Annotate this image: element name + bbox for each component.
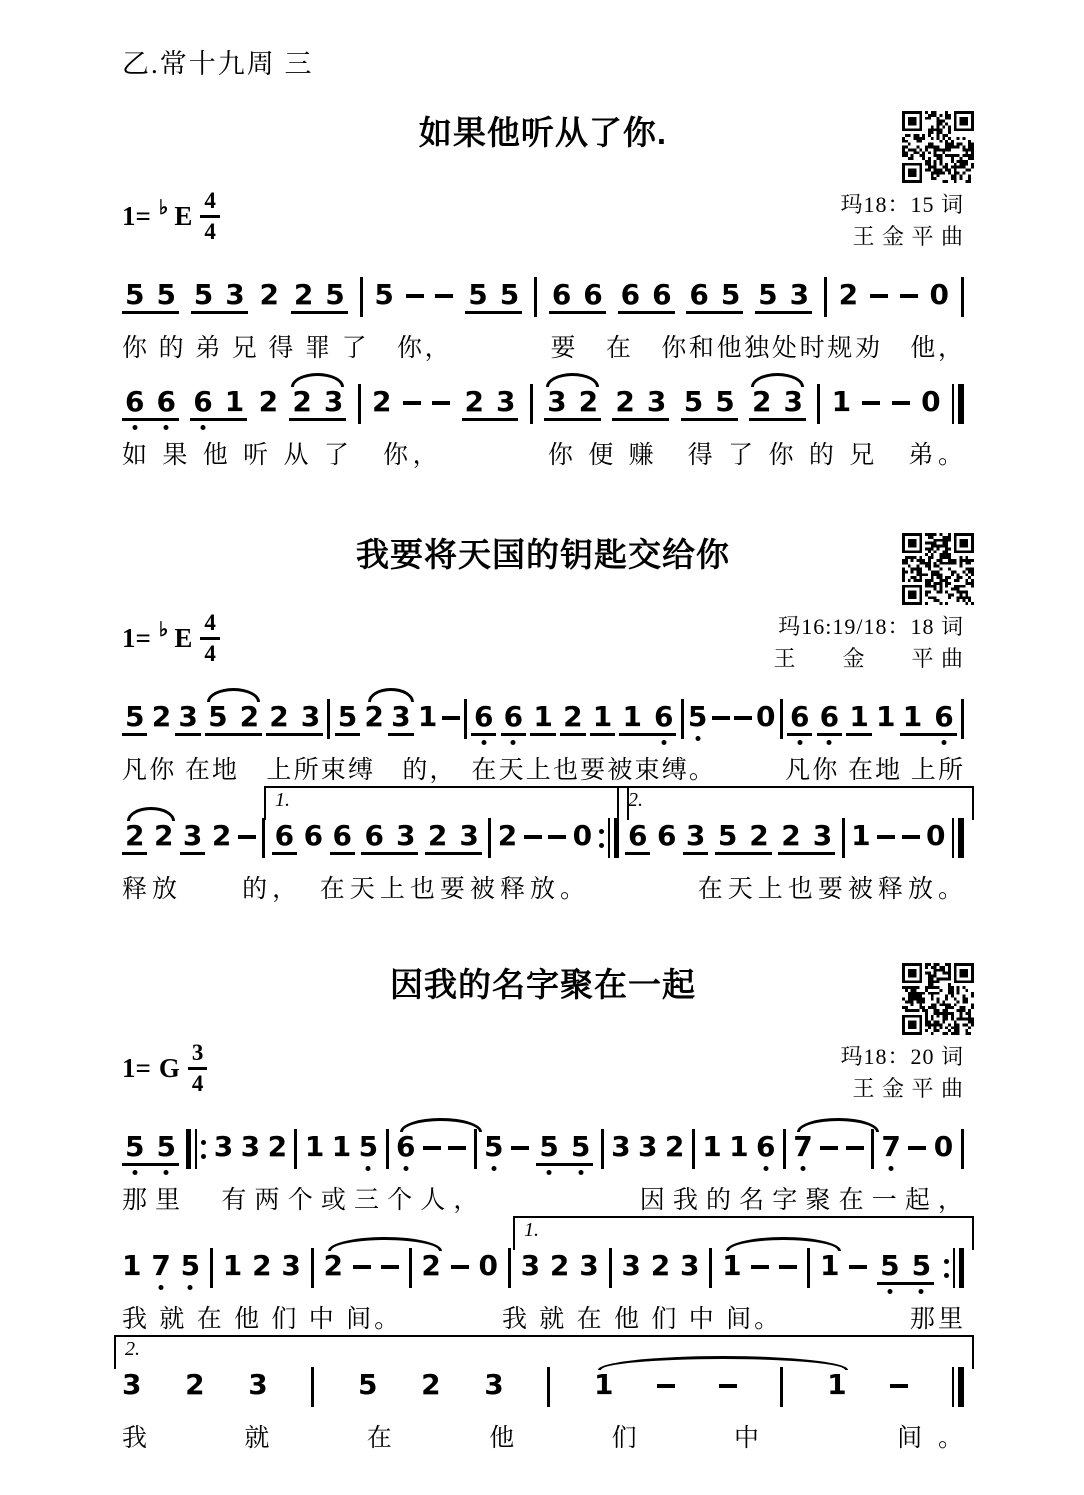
beam-group: 55	[536, 1133, 593, 1166]
slur-arc	[368, 688, 414, 702]
duration-dash	[451, 1265, 469, 1269]
barline	[474, 1129, 477, 1169]
duration-dash	[657, 1384, 675, 1388]
note: 6	[820, 703, 839, 731]
meta-row: 1=♭E44玛18：15 词王 金 平 曲	[122, 189, 964, 257]
music-line-wrap: 55532255556666655320	[122, 281, 964, 325]
note: 3	[396, 822, 415, 850]
slur-arc	[400, 1118, 483, 1132]
note: 2	[752, 388, 771, 416]
duration-dash	[751, 1265, 769, 1269]
barline	[780, 1367, 783, 1407]
note: 2	[781, 822, 800, 850]
time-signature: 34	[188, 1041, 208, 1095]
song-title: 我要将天国的钥匙交给你	[122, 529, 964, 576]
beam-group: 6	[330, 822, 355, 855]
beam-group: 6	[787, 703, 812, 736]
song-section: 如果他听从了你.1=♭E44玛18：15 词王 金 平 曲55532255556…	[122, 107, 964, 471]
credit-line: 王 金 平 曲	[840, 1073, 964, 1105]
note: 3	[680, 1252, 699, 1280]
beam-group: 16	[900, 703, 957, 736]
barline	[311, 1367, 314, 1407]
duration-dash	[448, 1146, 466, 1150]
song-head: 如果他听从了你.	[122, 107, 964, 189]
barline	[358, 384, 361, 424]
beam-group: 55	[877, 1252, 934, 1285]
flat-icon: ♭	[159, 617, 168, 642]
note: 6	[364, 822, 383, 850]
music-line: 52352235231661211650661116	[122, 703, 964, 747]
duration-dash	[870, 294, 888, 298]
beam-group: 23	[462, 388, 519, 421]
note: 3	[484, 1371, 503, 1399]
time-denominator: 4	[200, 220, 220, 243]
note: 6	[756, 1133, 775, 1161]
note: 3	[579, 1252, 598, 1280]
note: 2	[465, 388, 484, 416]
note: 5	[358, 1371, 377, 1399]
dot	[599, 829, 604, 834]
note: 1	[903, 703, 922, 731]
note: 6	[156, 388, 175, 416]
key-prefix: 1=	[122, 201, 151, 232]
note: 2	[615, 388, 634, 416]
beam-group: 63	[361, 822, 418, 855]
note: 1	[851, 822, 870, 850]
page-header: 乙.常十九周 三	[122, 42, 964, 81]
key-signature: 1=G34	[122, 1041, 207, 1095]
final-barline	[952, 818, 964, 858]
note: 2	[269, 703, 288, 731]
beam-group: 1	[846, 703, 871, 736]
rest-note: 0	[926, 822, 945, 850]
volta-bracket: 1.	[264, 786, 629, 820]
note: 2	[550, 1252, 569, 1280]
dot	[201, 1140, 206, 1145]
lyrics-line: 那里 有两个或三个人， 因我的名字聚在一起，	[122, 1186, 964, 1216]
beam-group: 2	[560, 703, 585, 736]
note: 2	[268, 1133, 287, 1161]
duration-dash	[435, 294, 453, 298]
final-barline	[952, 1367, 964, 1407]
beam-group: 25	[291, 281, 348, 314]
note: 3	[813, 822, 832, 850]
barline	[294, 1129, 297, 1169]
thick-bar	[614, 818, 619, 858]
rest-note: 0	[478, 1252, 497, 1280]
barline	[783, 1129, 786, 1169]
note: 2	[212, 822, 231, 850]
barline	[601, 1129, 604, 1169]
lyrics-line: 我 就 在 他 们 中 间。 我 就 在 他 们 中 间。 那里	[122, 1305, 964, 1335]
beam-group: 2	[122, 822, 147, 855]
barline	[824, 277, 827, 317]
note: 5	[758, 281, 777, 309]
lyrics-line: 我 就 在 他 们 中 间。	[122, 1424, 964, 1454]
beam-group: 3	[683, 822, 708, 855]
note: 1	[418, 703, 437, 731]
repeat-dots	[201, 1140, 206, 1159]
thick-bar	[958, 1367, 964, 1407]
time-denominator: 4	[200, 642, 220, 665]
key-prefix: 1=	[122, 1053, 151, 1084]
beam-group: 61	[190, 388, 247, 421]
duration-dash	[548, 835, 566, 839]
note: 3	[301, 703, 320, 731]
key-tonic: G	[159, 1053, 180, 1084]
credit-line: 玛18：15 词	[840, 189, 964, 221]
beam-group: 55	[122, 1133, 179, 1166]
music-line-wrap: 553321156555332116770	[122, 1133, 964, 1177]
meta-row: 1=G34玛18：20 词王 金 平 曲	[122, 1041, 964, 1109]
beam-group: 1	[590, 703, 615, 736]
music-line: 2232666632320663522310	[122, 822, 964, 866]
volta-label: 1.	[524, 1219, 539, 1242]
lyrics-line: 凡你 在地 上所束缚 的， 在天上也要被束缚。 凡你 在地 上所	[122, 756, 964, 786]
note: 5	[156, 1133, 175, 1161]
song-section: 我要将天国的钥匙交给你1=♭E44玛16:19/18：18 词王 金 平 曲52…	[122, 529, 964, 905]
duration-dash	[908, 1146, 926, 1150]
beam-group: 16	[619, 703, 676, 736]
note: 1	[533, 703, 552, 731]
volta-bracket: 2.	[114, 1335, 974, 1369]
thick-bar	[186, 1129, 191, 1169]
note: 6	[621, 281, 640, 309]
beam-group: 23	[425, 822, 482, 855]
note: 7	[793, 1133, 812, 1161]
note: 1	[820, 1252, 839, 1280]
repeat-dots	[944, 1259, 949, 1278]
note: 3	[621, 1252, 640, 1280]
note: 2	[651, 1252, 670, 1280]
barline	[547, 1367, 550, 1407]
lyrics-line: 如 果 他 听 从 了 你， 你 便 赚 得 了 你 的 兄 弟。	[122, 441, 964, 471]
beam-group: 1	[530, 703, 555, 736]
time-signature: 44	[200, 189, 220, 243]
barline	[534, 277, 537, 317]
beam-group: 66	[122, 388, 179, 421]
qr-code	[902, 533, 974, 605]
beam-group: 53	[191, 281, 248, 314]
volta-label: 2.	[125, 1338, 140, 1361]
note: 2	[152, 703, 171, 731]
rest-note: 0	[934, 1133, 953, 1161]
note: 5	[912, 1252, 931, 1280]
note: 2	[252, 1252, 271, 1280]
meta-row: 1=♭E44玛16:19/18：18 词王 金 平 曲	[122, 611, 964, 679]
note: 2	[185, 1371, 204, 1399]
note: 3	[611, 1133, 630, 1161]
barline	[807, 1248, 810, 1288]
beam-group: 55	[681, 388, 738, 421]
duration-dash	[712, 716, 730, 720]
beam-group-slur: 23	[289, 388, 346, 421]
note: 5	[539, 1133, 558, 1161]
note: 6	[652, 281, 671, 309]
beam-group: 66	[549, 281, 606, 314]
note: 5	[125, 703, 144, 731]
note: 5	[181, 1252, 200, 1280]
time-signature: 44	[200, 611, 220, 665]
beam-group: 66	[618, 281, 675, 314]
note: 2	[839, 281, 858, 309]
duration-dash	[403, 401, 421, 405]
music-line-wrap: 17512322032332311551.	[122, 1252, 964, 1296]
note: 5	[338, 703, 357, 731]
duration-dash	[902, 835, 920, 839]
note: 1	[594, 1371, 613, 1399]
note: 3	[324, 388, 343, 416]
music-line-wrap: 22326666323206635223101.2.	[122, 822, 964, 866]
thin-bar	[952, 384, 954, 424]
duration-dash	[862, 401, 880, 405]
rest-note: 0	[573, 822, 592, 850]
beam-group: 3	[180, 822, 205, 855]
barline	[842, 818, 845, 858]
barline	[360, 277, 363, 317]
note: 6	[474, 703, 493, 731]
final-barline	[952, 384, 964, 424]
note: 3	[281, 1252, 300, 1280]
note: 3	[178, 703, 197, 731]
slur-arc	[127, 807, 175, 821]
time-denominator: 4	[188, 1072, 208, 1095]
duration-dash	[820, 1146, 838, 1150]
note: 1	[849, 703, 868, 731]
beam-group-slur: 32	[544, 388, 601, 421]
note: 3	[459, 822, 478, 850]
note: 5	[156, 281, 175, 309]
beam-group: 3	[388, 703, 413, 736]
repeat-dots	[599, 829, 604, 848]
duration-dash	[849, 1265, 867, 1269]
duration-dash	[524, 835, 542, 839]
slur-arc	[797, 1118, 880, 1132]
note: 2	[372, 388, 391, 416]
music-line: 1751232203233231155	[122, 1252, 964, 1296]
note: 5	[125, 1133, 144, 1161]
music-line-wrap: 52352235231661211650661116	[122, 703, 964, 747]
note: 1	[827, 1371, 846, 1399]
dot	[201, 1154, 206, 1159]
barline	[386, 1129, 389, 1169]
dot	[599, 843, 604, 848]
note: 2	[665, 1133, 684, 1161]
note: 3	[122, 1371, 141, 1399]
song-section: 因我的名字聚在一起1=G34玛18：20 词王 金 平 曲55332115655…	[122, 959, 964, 1454]
note: 3	[225, 281, 244, 309]
beam-group: 6	[817, 703, 842, 736]
note: 3	[784, 388, 803, 416]
volta-bracket: 2.	[617, 786, 974, 820]
rest-note: 0	[930, 281, 949, 309]
duration-dash	[719, 1384, 737, 1388]
beam-group: 23	[612, 388, 669, 421]
song-head: 因我的名字聚在一起	[122, 959, 964, 1041]
duration-dash	[423, 1146, 441, 1150]
note: 1	[729, 1133, 748, 1161]
beam-group: 65	[686, 281, 743, 314]
thick-bar	[958, 384, 964, 424]
note: 1	[225, 388, 244, 416]
note: 6	[654, 703, 673, 731]
beam-group: 6	[501, 703, 526, 736]
beam-group: 6	[471, 703, 496, 736]
note: 3	[638, 1133, 657, 1161]
thin-bar	[952, 818, 954, 858]
barline	[530, 384, 533, 424]
duration-dash	[846, 1146, 864, 1150]
qr-code	[902, 111, 974, 183]
note: 6	[628, 822, 647, 850]
note: 5	[325, 281, 344, 309]
beam-group: 53	[755, 281, 812, 314]
duration-dash	[734, 716, 752, 720]
key-signature: 1=♭E44	[122, 189, 220, 243]
note: 6	[504, 703, 523, 731]
note: 3	[547, 388, 566, 416]
key-prefix: 1=	[122, 623, 151, 654]
volta-label: 1.	[275, 789, 290, 812]
credits: 玛18：15 词王 金 平 曲	[840, 189, 964, 253]
beam-group: 52	[715, 822, 772, 855]
barline	[961, 699, 964, 739]
note: 2	[259, 388, 278, 416]
note: 6	[275, 822, 294, 850]
qr-code	[902, 963, 974, 1035]
note: 6	[934, 703, 953, 731]
thin-bar	[953, 1248, 955, 1288]
beam-group: 23	[266, 703, 323, 736]
note: 2	[421, 1371, 440, 1399]
volta-label: 2.	[628, 789, 643, 812]
note: 1	[223, 1252, 242, 1280]
note: 3	[214, 1133, 233, 1161]
duration-dash	[353, 1265, 371, 1269]
song-head: 我要将天国的钥匙交给你	[122, 529, 964, 611]
note: 5	[359, 1133, 378, 1161]
note: 3	[647, 388, 666, 416]
note: 5	[484, 1133, 503, 1161]
beam-group-slur: 23	[749, 388, 806, 421]
songs-container: 如果他听从了你.1=♭E44玛18：15 词王 金 平 曲55532255556…	[122, 107, 964, 1454]
barline	[961, 277, 964, 317]
barline	[780, 699, 783, 739]
note: 2	[428, 822, 447, 850]
note: 3	[241, 1133, 260, 1161]
note: 3	[391, 703, 410, 731]
duration-dash	[432, 401, 450, 405]
repeat-end	[944, 1248, 964, 1288]
beam-group: 6	[272, 822, 297, 855]
dot	[944, 1259, 949, 1264]
beam-group: 23	[778, 822, 835, 855]
barline	[681, 699, 684, 739]
note: 5	[468, 281, 487, 309]
barline	[311, 1248, 314, 1288]
key-tonic: E	[174, 623, 192, 654]
credit-line: 王 金 平 曲	[840, 221, 964, 253]
beam-group: 6	[625, 822, 650, 855]
credit-line: 玛18：20 词	[840, 1041, 964, 1073]
beam-group: 5	[335, 703, 360, 736]
note: 2	[240, 703, 259, 731]
thin-bar	[195, 1129, 197, 1169]
note: 1	[593, 703, 612, 731]
note: 5	[194, 281, 213, 309]
note: 2	[260, 281, 279, 309]
note: 2	[563, 703, 582, 731]
key-tonic: E	[174, 201, 192, 232]
barline	[327, 699, 330, 739]
credit-line: 王 金 平 曲	[773, 643, 964, 675]
credit-line: 玛16:19/18：18 词	[773, 611, 964, 643]
note: 3	[521, 1252, 540, 1280]
music-line-wrap: 323523112.	[122, 1371, 964, 1415]
note: 2	[364, 703, 383, 731]
music-line: 66612232233223552310	[122, 388, 964, 432]
duration-dash	[381, 1265, 399, 1269]
note: 2	[421, 1252, 440, 1280]
duration-dash	[892, 401, 910, 405]
beam-group: 3	[175, 703, 200, 736]
barline	[692, 1129, 695, 1169]
note: 1	[305, 1133, 324, 1161]
note: 2	[154, 822, 173, 850]
note: 2	[125, 822, 144, 850]
note: 5	[208, 703, 227, 731]
repeat-end	[599, 818, 619, 858]
barline	[709, 1248, 712, 1288]
note: 3	[183, 822, 202, 850]
repeat-begin	[186, 1129, 206, 1169]
note: 1	[702, 1133, 721, 1161]
note: 6	[193, 388, 212, 416]
note: 5	[500, 281, 519, 309]
beam-group-slur: 52	[205, 703, 262, 736]
thin-bar	[952, 1367, 954, 1407]
time-numerator: 4	[200, 189, 220, 218]
note: 7	[151, 1252, 170, 1280]
note: 2	[324, 1252, 343, 1280]
credits: 玛16:19/18：18 词王 金 平 曲	[773, 611, 964, 675]
flat-icon: ♭	[159, 195, 168, 220]
rest-note: 0	[921, 388, 940, 416]
slur-arc	[328, 1237, 442, 1251]
note: 6	[304, 822, 323, 850]
sheet-page: 乙.常十九周 三 如果他听从了你.1=♭E44玛18：15 词王 金 平 曲55…	[0, 0, 1084, 1495]
note: 1	[332, 1133, 351, 1161]
credits: 玛18：20 词王 金 平 曲	[840, 1041, 964, 1105]
music-line: 32352311	[122, 1371, 964, 1415]
duration-dash	[238, 835, 256, 839]
note: 6	[689, 281, 708, 309]
note: 5	[125, 281, 144, 309]
note: 5	[880, 1252, 899, 1280]
thin-bar	[608, 818, 610, 858]
volta-bracket: 1.	[513, 1216, 974, 1250]
lyrics-line: 你 的 弟 兄 得 罪 了 你， 要 在 你和他独处时规劝 他，	[122, 334, 964, 364]
beam-group: 5	[122, 703, 147, 736]
note: 5	[718, 822, 737, 850]
note: 6	[583, 281, 602, 309]
note: 5	[715, 388, 734, 416]
song-title: 如果他听从了你.	[122, 107, 964, 154]
note: 5	[571, 1133, 590, 1161]
barline	[409, 1248, 412, 1288]
barline	[508, 1248, 511, 1288]
duration-dash	[442, 716, 460, 720]
